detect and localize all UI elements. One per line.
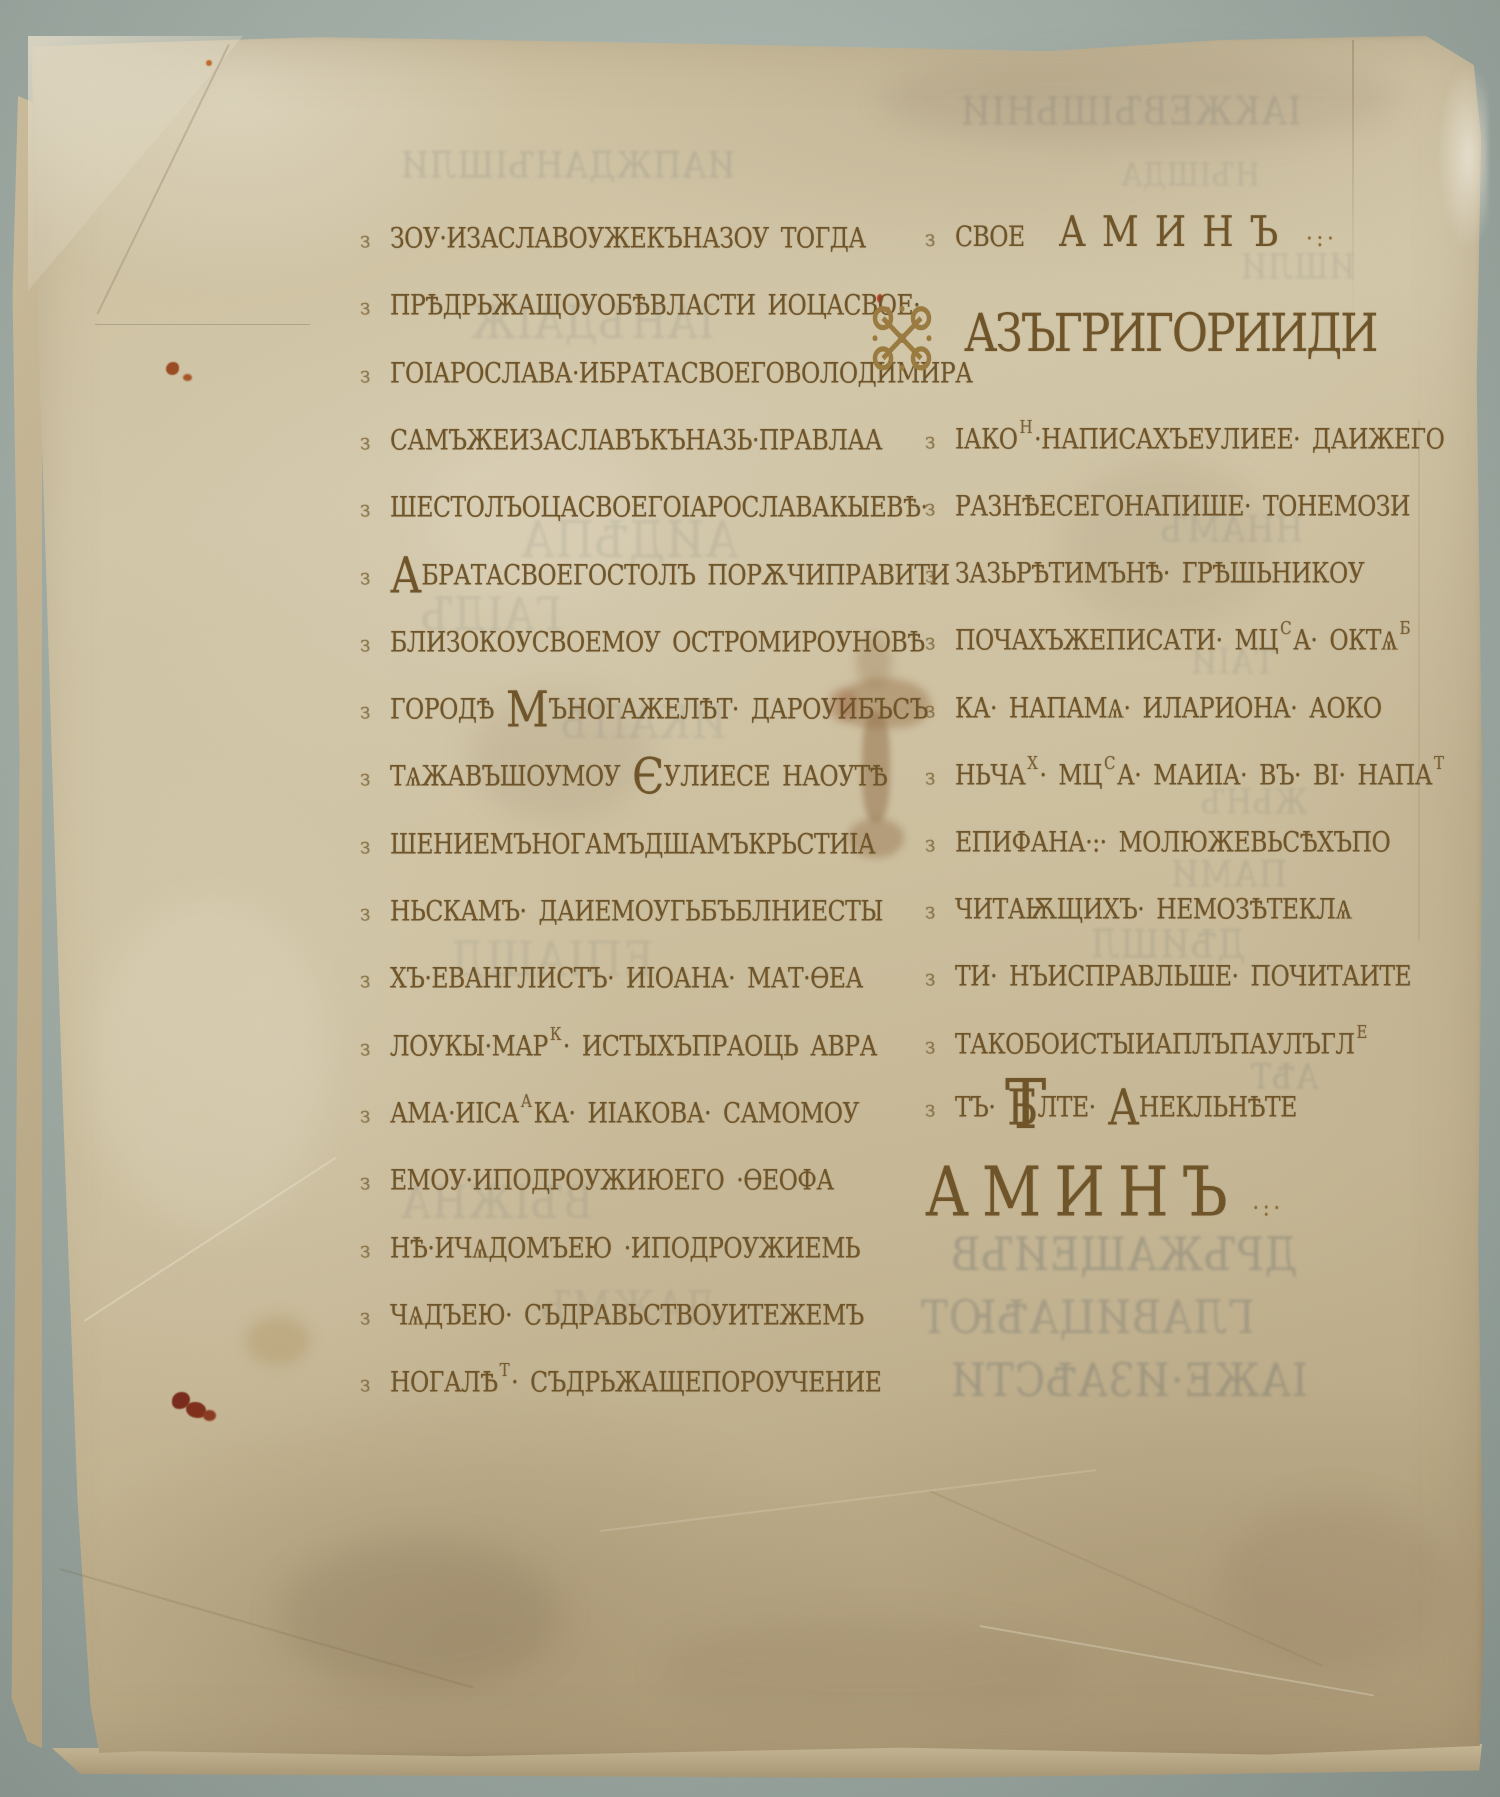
line-start-mark: з — [925, 1096, 955, 1122]
manuscript-text: РАЗНѢЕСЕГОНАПИШЕ· ТОНЕМОЗИ — [955, 489, 1410, 522]
superscript-letter: К — [550, 1023, 561, 1044]
enlarged-initial: А — [390, 546, 421, 604]
manuscript-text: БРАТАСВОЕГОСТОЛЪ ПОРѪЧИПРАВИТИ — [421, 558, 949, 591]
line-start-mark: з — [360, 564, 390, 590]
enlarged-initial: М — [506, 681, 549, 739]
line-start-mark: з — [360, 631, 390, 657]
line-start-mark: з — [925, 495, 955, 521]
left-column-line: зПРѢДРЬЖАЩОУОБѢВЛАСТИ ИОЦАСВОЕ· — [360, 289, 920, 322]
enlarged-initial: А — [1108, 1079, 1139, 1137]
line-start-mark: з — [360, 968, 390, 994]
line-start-mark: з — [360, 1371, 390, 1397]
superscript-letter: Н — [1020, 417, 1033, 438]
left-column-line: зЕМОУ·ИПОДРОУЖИЮЕГО ·ѲЕОФА — [360, 1164, 834, 1197]
line-start-mark: з — [925, 764, 955, 790]
manuscript-text: ТЪ· — [955, 1090, 1007, 1123]
manuscript-text: ЕМОУ·ИПОДРОУЖИЮЕГО ·ѲЕОФА — [390, 1164, 834, 1197]
left-column-line: зЛОУКЫ·МАРК· ИСТЫХЪПРАОЦЬ АВРА — [360, 1029, 877, 1062]
manuscript-text: ІАКО — [955, 422, 1018, 455]
line-start-mark: з — [360, 1170, 390, 1196]
manuscript-text: ХЪ·ЕВАНГЛИСТЪ· ИІОАНА· МАТ·ѲЕА — [390, 962, 863, 995]
superscript-letter: Т — [500, 1360, 510, 1381]
manuscript-text: · ИСТЫХЪПРАОЦЬ АВРА — [563, 1029, 877, 1062]
manuscript-text: НЕКЛЬНѢТЕ — [1139, 1090, 1297, 1123]
left-column-line: зАБРАТАСВОЕГОСТОЛЪ ПОРѪЧИПРАВИТИ — [360, 558, 950, 591]
manuscript-text: УЛИЕСЕ НАОУТѢ — [664, 760, 887, 793]
superscript-letter: Т — [1434, 753, 1444, 774]
superscript-letter: Е — [1357, 1022, 1367, 1043]
line-start-mark: з — [360, 900, 390, 926]
manuscript-text: ТАКОБОИСТЫИАПЛЪПАУЛЪГЛ — [955, 1027, 1355, 1060]
left-column-line: зГОРОДѢ МЪНОГАЖЕЛѢТ· ДАРОУИБЪСЪ — [360, 693, 928, 726]
left-column-line: зБЛИЗОКОУСВОЕМОУ ОСТРОМИРОУНОВѢ — [360, 625, 925, 658]
manuscript-text: ЗОУ·ИЗАСЛАВОУЖЕКЪНАЗОУ ТОГДА — [390, 221, 866, 254]
line-start-mark: з — [925, 629, 955, 655]
left-column-line: зАМА·ИІСААКА· ИІАКОВА· САМОМОУ — [360, 1096, 859, 1129]
amen-word: АМИНЪ — [1059, 208, 1295, 256]
line-start-mark: з — [360, 429, 390, 455]
right-column-line: зЗАЗЬРѢТИМЪНѢ· ГРѢШЬНИКОУ — [925, 556, 1364, 589]
manuscript-text: ТѦЖАВЪШОУМОУ — [390, 760, 632, 793]
line-start-mark: з — [925, 898, 955, 924]
line-start-mark: з — [360, 497, 390, 523]
manuscript-text: ЧИТАѬЩИХЪ· НЕМОЗѢТЕКЛѦ — [955, 892, 1352, 925]
right-column-line: зПОЧАХЪЖЕПИСАТИ· МЦСА· ОКТѦБ — [925, 623, 1412, 657]
manuscript-text: ГОРОДѢ — [390, 693, 506, 726]
line-start-mark: з — [925, 428, 955, 454]
manuscript-text: КА· ИІАКОВА· САМОМОУ — [534, 1096, 859, 1129]
under-leaf-edge-left — [10, 96, 42, 1748]
line-start-mark: з — [360, 1237, 390, 1263]
manuscript-text: · СЪДРЬЖАЩЕПОРОУЧЕНИЕ — [511, 1366, 881, 1399]
manuscript-text: ЛТЕ· — [1038, 1090, 1108, 1123]
manuscript-text: КА· НАПАМѦ· ИЛАРИОНА· АОКО — [955, 691, 1382, 724]
enlarged-initial: Є — [632, 748, 664, 806]
manuscript-text: ЧѦДЪЕЮ· СЪДРАВЬСТВОУИТЕЖЕМЪ — [390, 1298, 864, 1331]
manuscript-text: ЪНОГАЖЕЛѢТ· ДАРОУИБЪСЪ — [548, 693, 928, 726]
superscript-letter: Х — [1027, 753, 1037, 774]
line-start-mark: з — [360, 362, 390, 388]
amen-word: АМИНЪ — [925, 1152, 1241, 1232]
manuscript-text: СВОЕ — [955, 220, 1025, 253]
decorative-dots: ·:· — [1253, 1193, 1284, 1221]
right-column-line: АЗЪГРИГОРИИДИ — [870, 304, 1376, 382]
decorative-dots: ·:· — [1306, 224, 1337, 252]
manuscript-text: А· ОКТѦ — [1293, 623, 1397, 656]
manuscript-text: ТИ· НЪИСПРАВЛЬШЕ· ПОЧИТАИТЕ — [955, 959, 1411, 992]
manuscript-text: ШЕСТОЛЪОЦАСВОЕГОІАРОСЛАВАКЫЕВѢ· — [390, 491, 927, 524]
left-column-line: зЗОУ·ИЗАСЛАВОУЖЕКЪНАЗОУ ТОГДА — [360, 221, 866, 254]
manuscript-text: БЛИЗОКОУСВОЕМОУ ОСТРОМИРОУНОВѢ — [390, 625, 925, 658]
right-column-line: зНЬЧАХ· МЦСА· МАИІА· ВЪ· ВІ· НАПАТ — [925, 758, 1446, 791]
line-start-mark: з — [925, 697, 955, 723]
right-column-line: зЕПИФАНА·:· МОЛЮЖЕВЬСѢХЪПО — [925, 825, 1390, 858]
manuscript-text: ПОЧАХЪЖЕПИСАТИ· МЦ — [955, 623, 1278, 656]
enlarged-initial: Т — [1005, 1064, 1046, 1144]
line-start-mark: з — [925, 562, 955, 588]
line-start-mark: з — [360, 1304, 390, 1330]
superscript-letter: С — [1104, 753, 1115, 774]
right-column-line: зТЪ· БЛТЕ· АНЕКЛЬНѢТЕ — [925, 1090, 1297, 1123]
manuscript-text: ЛОУКЫ·МАР — [390, 1029, 548, 1062]
left-column-line: зЧѦДЪЕЮ· СЪДРАВЬСТВОУИТЕЖЕМЪ — [360, 1298, 864, 1332]
manuscript-text: ПРѢДРЬЖАЩОУОБѢВЛАСТИ ИОЦАСВОЕ· — [390, 289, 920, 322]
right-column-line: зСВОЕАМИНЪ·:· — [925, 208, 1338, 256]
manuscript-text: САМЪЖЕИЗАСЛАВЪКЪНАЗЬ·ПРАВЛАА — [390, 423, 882, 456]
manuscript-text: ·НАПИСАХЪЕУЛИЕЕ· ДАИЖЕГО — [1034, 422, 1444, 455]
line-start-mark: з — [925, 965, 955, 991]
line-start-mark: з — [360, 1102, 390, 1128]
manuscript-photo-page: { "meta": { "description": "Photograph o… — [0, 0, 1500, 1797]
left-column-line: зНОГАЛѢТ· СЪДРЬЖАЩЕПОРОУЧЕНИЕ — [360, 1366, 881, 1399]
manuscript-text: НЬСКАМЪ· ДАИЕМОУГЬБЪБЛНИЕСТЫ — [390, 894, 883, 927]
left-column-line: зНЬСКАМЪ· ДАИЕМОУГЬБЪБЛНИЕСТЫ — [360, 894, 883, 927]
manuscript-text: ШЕНИЕМЪНОГАМЪДШАМЪКРЬСТИІА — [390, 827, 875, 860]
line-start-mark: з — [360, 1035, 390, 1061]
scribe-name-display-text: АЗЪГРИГОРИИДИ — [964, 304, 1377, 364]
line-start-mark: з — [925, 1033, 955, 1059]
left-column-line: зСАМЪЖЕИЗАСЛАВЪКЪНАЗЬ·ПРАВЛАА — [360, 423, 882, 456]
left-column-line: зНѢ·ИЧѦДОМЪЕЮ ·ИПОДРОУЖИЕМЬ — [360, 1231, 860, 1265]
left-column-line: зШЕНИЕМЪНОГАМЪДШАМЪКРЬСТИІА — [360, 827, 875, 860]
manuscript-text: НЬЧА — [955, 758, 1025, 791]
right-column-line: зТИ· НЪИСПРАВЛЬШЕ· ПОЧИТАИТЕ — [925, 959, 1411, 992]
manuscript-text: ЗАЗЬРѢТИМЪНѢ· ГРѢШЬНИКОУ — [955, 556, 1364, 589]
superscript-letter: С — [1280, 617, 1291, 638]
manuscript-text: ЕПИФАНА·:· МОЛЮЖЕВЬСѢХЪПО — [955, 825, 1390, 858]
manuscript-text: · МЦ — [1039, 758, 1102, 791]
line-start-mark: з — [360, 227, 390, 253]
line-start-mark: з — [925, 831, 955, 857]
line-start-mark: з — [360, 833, 390, 859]
right-column-line: зІАКОН·НАПИСАХЪЕУЛИЕЕ· ДАИЖЕГО — [925, 422, 1444, 455]
manuscript-text: НѢ·ИЧѦДОМЪЕЮ ·ИПОДРОУЖИЕМЬ — [390, 1231, 860, 1264]
right-column-line: зТАКОБОИСТЫИАПЛЪПАУЛЪГЛЕ — [925, 1027, 1369, 1060]
line-start-mark: з — [360, 698, 390, 724]
right-edge-wear — [1438, 64, 1488, 249]
line-start-mark: з — [360, 766, 390, 792]
left-column-line: зШЕСТОЛЪОЦАСВОЕГОІАРОСЛАВАКЫЕВѢ· — [360, 491, 927, 524]
line-start-mark: з — [925, 226, 955, 252]
manuscript-text: НОГАЛѢ — [390, 1366, 498, 1399]
superscript-letter: А — [521, 1090, 532, 1111]
manuscript-text: АМА·ИІСА — [390, 1096, 519, 1129]
right-column-line: зРАЗНѢЕСЕГОНАПИШЕ· ТОНЕМОЗИ — [925, 489, 1410, 522]
left-column-line: зХЪ·ЕВАНГЛИСТЪ· ИІОАНА· МАТ·ѲЕА — [360, 962, 863, 995]
superscript-letter: Б — [1399, 617, 1410, 638]
left-column-line: зТѦЖАВЪШОУМОУ ЄУЛИЕСЕ НАОУТѢ — [360, 760, 887, 794]
line-start-mark: з — [360, 295, 390, 321]
rosette-ornament-icon — [870, 302, 934, 380]
manuscript-text: А· МАИІА· ВЪ· ВІ· НАПА — [1117, 758, 1432, 791]
right-column-line: зКА· НАПАМѦ· ИЛАРИОНА· АОКО — [925, 691, 1382, 725]
right-column-line: АМИНЪ·:· — [925, 1152, 1284, 1232]
right-column-line: зЧИТАѬЩИХЪ· НЕМОЗѢТЕКЛѦ — [925, 892, 1352, 926]
